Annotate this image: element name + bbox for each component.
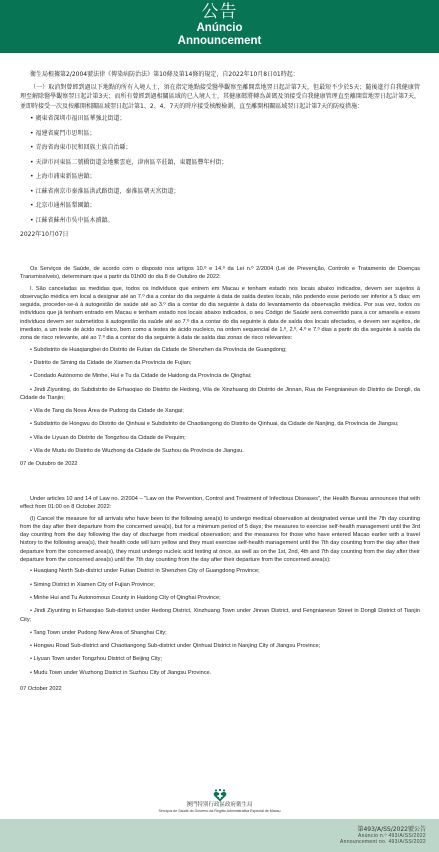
list-item: • Subdistrito de Hongwu do Distrito de Q…: [20, 420, 420, 428]
paragraph1-pt: I. São canceladas as medidas que, todos …: [20, 285, 420, 343]
list-item: • 江蘇省南京市秦淮區洪武路街道，秦淮區朝天宮街道；: [20, 187, 420, 197]
announcement-header: 公告 Anúncio Announcement: [0, 0, 439, 53]
places-list-en: • Huaqiang North Sub-district under Futi…: [20, 567, 420, 677]
title-pt: Anúncio: [0, 22, 439, 35]
section-english: Under articles 10 and 14 of Law no. 2/20…: [20, 495, 420, 693]
list-item: • 上海市浦東新區唐鎮；: [20, 172, 420, 182]
announcement-number-en: Announcement no. 493/A/SS/2022: [0, 840, 426, 846]
date-zh: 2022年10月07日: [20, 230, 420, 240]
list-item: • Distrito de Siming da Cidade de Xiamen…: [20, 359, 420, 367]
intro-zh: 衛生局根據第2/2004號法律《傳染病防治法》第10條及第14條的規定，自202…: [20, 70, 420, 80]
section-chinese: 衛生局根據第2/2004號法律《傳染病防治法》第10條及第14條的規定，自202…: [20, 70, 420, 240]
list-item: • Condado Autónomo de Minhe, Hui e Tu da…: [20, 372, 420, 380]
intro-en: Under articles 10 and 14 of Law no. 2/20…: [20, 495, 420, 512]
places-list-zh: • 廣東省深圳市福田區華強北街道； • 福建省廈門市思明區； • 青海省海東市民…: [20, 114, 420, 225]
list-item: • 北京市通州區梨園鎮；: [20, 201, 420, 211]
list-item: • 福建省廈門市思明區；: [20, 129, 420, 139]
list-item: • Vila de Liyuan do Distrito de Tongzhou…: [20, 434, 420, 442]
list-item: • Tang Town under Pudong New Area of Sha…: [20, 629, 420, 637]
title-zh: 公告: [0, 0, 439, 21]
paragraph1-zh: （一）取消對曾經到過以下地點的所有入境人士，須在指定地點接受醫學觀察至離開當地翌…: [20, 83, 420, 112]
section-portuguese: Os Serviços de Saúde, de acordo com o di…: [20, 265, 420, 469]
places-list-pt: • Subdistrito de Huaqiangbei do Distrito…: [20, 346, 420, 456]
list-item: • Siming District in Xiamen City of Fuji…: [20, 581, 420, 589]
org-name-pt: Serviços de Saúde do Governo da Região A…: [0, 809, 439, 813]
title-en: Announcement: [0, 35, 439, 48]
health-bureau-heart-cross-icon: [213, 789, 227, 802]
list-item: • Subdistrito de Huaqiangbei do Distrito…: [20, 346, 420, 354]
announcement-number-band: 第493/A/SS/2022號公告 Anúncio n.º 493/A/SS/2…: [0, 819, 439, 852]
list-item: • Vila de Tang da Nova Área de Pudong da…: [20, 407, 420, 415]
intro-pt: Os Serviços de Saúde, de acordo com o di…: [20, 265, 420, 282]
list-item: • 天津市河東區二號橋街道金地紫雲庭，津南區辛莊鎮，東麗區豐年村街；: [20, 158, 420, 168]
list-item: • Liyuan Town under Tongzhou District of…: [20, 655, 420, 663]
list-item: • Mudu Town under Wuzhong District in Su…: [20, 669, 420, 677]
list-item: • 青海省海東市民和回族土族自治縣；: [20, 143, 420, 153]
list-item: • 廣東省深圳市福田區華強北街道；: [20, 114, 420, 124]
list-item: • Minhe Hui and Tu Autonomous County in …: [20, 594, 420, 602]
date-en: 07 October 2022: [20, 685, 420, 693]
list-item: • Hongwu Road Sub-district and Chaotiang…: [20, 642, 420, 650]
list-item: • Vila de Mudu do Distrito de Wuzhong da…: [20, 447, 420, 455]
health-bureau-logo-block: 澳門特別行政區政府衛生局 Serviços de Saúde do Govern…: [0, 789, 439, 813]
list-item: • 江蘇省蘇州市吳中區木瀆鎮。: [20, 216, 420, 226]
list-item: • Huaqiang North Sub-district under Futi…: [20, 567, 420, 575]
org-name-zh: 澳門特別行政區政府衛生局: [0, 802, 439, 809]
paragraph1-en: (I) Cancel the measure for all arrivals …: [20, 515, 420, 565]
list-item: • Jindi Ziyunting in Erhaoqiao Sub-distr…: [20, 607, 420, 624]
list-item: • Jindi Ziyunting, do Subdistrito de Erh…: [20, 386, 420, 403]
date-pt: 07 de Outubro de 2022: [20, 460, 420, 468]
